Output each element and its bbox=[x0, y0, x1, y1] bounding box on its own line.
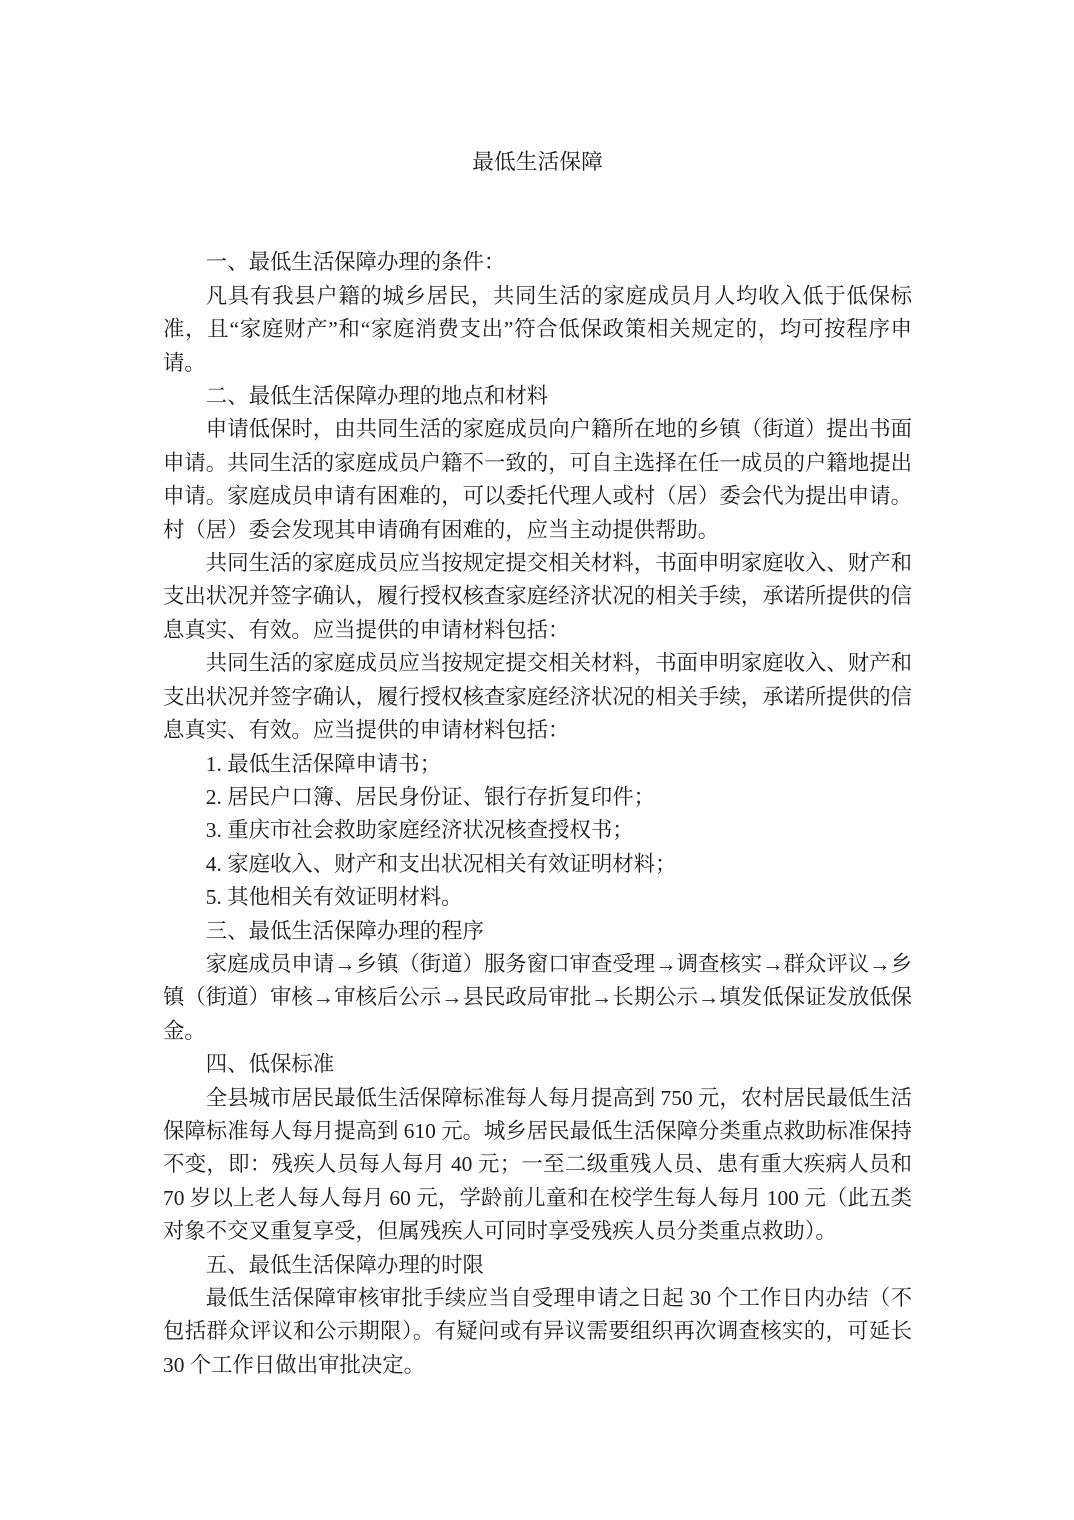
document-body: 最低生活保障 一、最低生活保障办理的条件： 凡具有我县户籍的城乡居民，共同生活的… bbox=[163, 146, 912, 1382]
list-item: 2. 居民户口簿、居民身份证、银行存折复印件； bbox=[163, 781, 912, 814]
paragraph: 申请低保时，由共同生活的家庭成员向户籍所在地的乡镇（街道）提出书面申请。共同生活… bbox=[163, 413, 912, 547]
section-heading: 二、最低生活保障办理的地点和材料 bbox=[163, 380, 912, 413]
paragraph: 凡具有我县户籍的城乡居民，共同生活的家庭成员月人均收入低于低保标准，且“家庭财产… bbox=[163, 280, 912, 380]
paragraph: 共同生活的家庭成员应当按规定提交相关材料，书面申明家庭收入、财产和支出状况并签字… bbox=[163, 547, 912, 647]
document-title: 最低生活保障 bbox=[163, 146, 912, 179]
section-heading: 五、最低生活保障办理的时限 bbox=[163, 1249, 912, 1282]
paragraph: 全县城市居民最低生活保障标准每人每月提高到 750 元，农村居民最低生活保障标准… bbox=[163, 1082, 912, 1249]
section-heading: 一、最低生活保障办理的条件： bbox=[163, 246, 912, 279]
list-item: 1. 最低生活保障申请书； bbox=[163, 748, 912, 781]
list-item: 5. 其他相关有效证明材料。 bbox=[163, 881, 912, 914]
document-page: 最低生活保障 一、最低生活保障办理的条件： 凡具有我县户籍的城乡居民，共同生活的… bbox=[0, 0, 1074, 1520]
section-heading: 四、低保标准 bbox=[163, 1048, 912, 1081]
section-heading: 三、最低生活保障办理的程序 bbox=[163, 915, 912, 948]
paragraph: 共同生活的家庭成员应当按规定提交相关材料，书面申明家庭收入、财产和支出状况并签字… bbox=[163, 647, 912, 747]
paragraph: 家庭成员申请→乡镇（街道）服务窗口审查受理→调查核实→群众评议→乡镇（街道）审核… bbox=[163, 948, 912, 1048]
list-item: 3. 重庆市社会救助家庭经济状况核查授权书； bbox=[163, 814, 912, 847]
paragraph: 最低生活保障审核审批手续应当自受理申请之日起 30 个工作日内办结（不包括群众评… bbox=[163, 1282, 912, 1382]
list-item: 4. 家庭收入、财产和支出状况相关有效证明材料； bbox=[163, 848, 912, 881]
